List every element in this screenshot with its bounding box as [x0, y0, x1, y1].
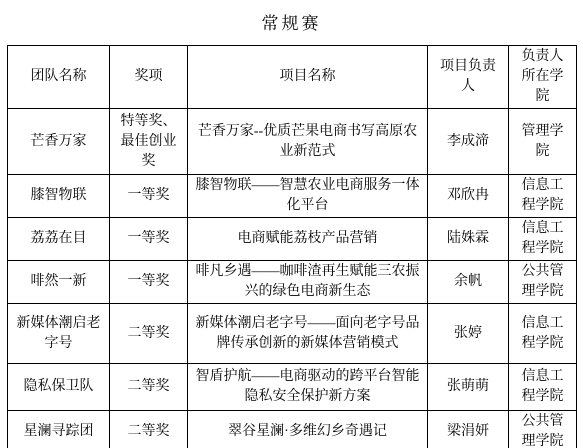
award-cell: 二等奖	[110, 364, 188, 411]
college-cell: 信息工程学院	[509, 364, 577, 411]
college-cell: 信息工程学院	[509, 218, 577, 261]
college-cell: 管理学院	[509, 109, 577, 175]
table-header-row: 团队名称 奖项 项目名称 项目负责人 负责人所在学院	[8, 46, 577, 109]
college-cell: 公共管理学院	[509, 261, 577, 304]
header-college: 负责人所在学院	[509, 46, 577, 109]
leader-cell: 陆姝霖	[428, 218, 509, 261]
team-cell: 新媒体潮启老字号	[8, 304, 110, 364]
header-team: 团队名称	[8, 46, 110, 109]
college-cell: 公共管理学院	[509, 411, 577, 448]
project-cell: 智盾护航——电商驱动的跨平台智能隐私安全保护新方案	[188, 364, 428, 411]
project-cell: 翠谷星澜·多维幻乡奇遇记	[188, 411, 428, 448]
team-cell: 星澜寻踪团	[8, 411, 110, 448]
leader-cell: 梁涓妍	[428, 411, 509, 448]
award-cell: 二等奖	[110, 411, 188, 448]
project-cell: 啡凡乡遇——咖啡渣再生赋能三农振兴的绿色电商新生态	[188, 261, 428, 304]
leader-cell: 李成渧	[428, 109, 509, 175]
header-project: 项目名称	[188, 46, 428, 109]
document-page: 常规赛 团队名称 奖项 项目名称 项目负责人 负责人所在学院 芒香万家 特等奖、…	[0, 0, 583, 448]
college-cell: 信息工程学院	[509, 304, 577, 364]
table-row: 新媒体潮启老字号 二等奖 新媒体潮启老字号——面向老字号品牌传承创新的新媒体营销…	[8, 304, 577, 364]
project-cell: 电商赋能荔枝产品营销	[188, 218, 428, 261]
team-cell: 啡然一新	[8, 261, 110, 304]
college-cell: 信息工程学院	[509, 175, 577, 218]
leader-cell: 邓欣冉	[428, 175, 509, 218]
table-row: 膝智物联 一等奖 膝智物联——智慧农业电商服务一体化平台 邓欣冉 信息工程学院	[8, 175, 577, 218]
award-cell: 一等奖	[110, 175, 188, 218]
team-cell: 隐私保卫队	[8, 364, 110, 411]
project-cell: 芒香万家--优质芒果电商书写高原农业新范式	[188, 109, 428, 175]
header-award: 奖项	[110, 46, 188, 109]
team-cell: 荔荔在目	[8, 218, 110, 261]
leader-cell: 余帆	[428, 261, 509, 304]
results-table: 团队名称 奖项 项目名称 项目负责人 负责人所在学院 芒香万家 特等奖、最佳创业…	[7, 45, 577, 448]
award-cell: 特等奖、最佳创业奖	[110, 109, 188, 175]
award-cell: 一等奖	[110, 218, 188, 261]
table-row: 隐私保卫队 二等奖 智盾护航——电商驱动的跨平台智能隐私安全保护新方案 张萌萌 …	[8, 364, 577, 411]
table-row: 荔荔在目 一等奖 电商赋能荔枝产品营销 陆姝霖 信息工程学院	[8, 218, 577, 261]
team-cell: 膝智物联	[8, 175, 110, 218]
award-cell: 二等奖	[110, 304, 188, 364]
table-row: 芒香万家 特等奖、最佳创业奖 芒香万家--优质芒果电商书写高原农业新范式 李成渧…	[8, 109, 577, 175]
team-cell: 芒香万家	[8, 109, 110, 175]
project-cell: 新媒体潮启老字号——面向老字号品牌传承创新的新媒体营销模式	[188, 304, 428, 364]
header-leader: 项目负责人	[428, 46, 509, 109]
leader-cell: 张婷	[428, 304, 509, 364]
page-title: 常规赛	[0, 0, 583, 34]
table-row: 星澜寻踪团 二等奖 翠谷星澜·多维幻乡奇遇记 梁涓妍 公共管理学院	[8, 411, 577, 448]
award-cell: 一等奖	[110, 261, 188, 304]
leader-cell: 张萌萌	[428, 364, 509, 411]
table-row: 啡然一新 一等奖 啡凡乡遇——咖啡渣再生赋能三农振兴的绿色电商新生态 余帆 公共…	[8, 261, 577, 304]
project-cell: 膝智物联——智慧农业电商服务一体化平台	[188, 175, 428, 218]
